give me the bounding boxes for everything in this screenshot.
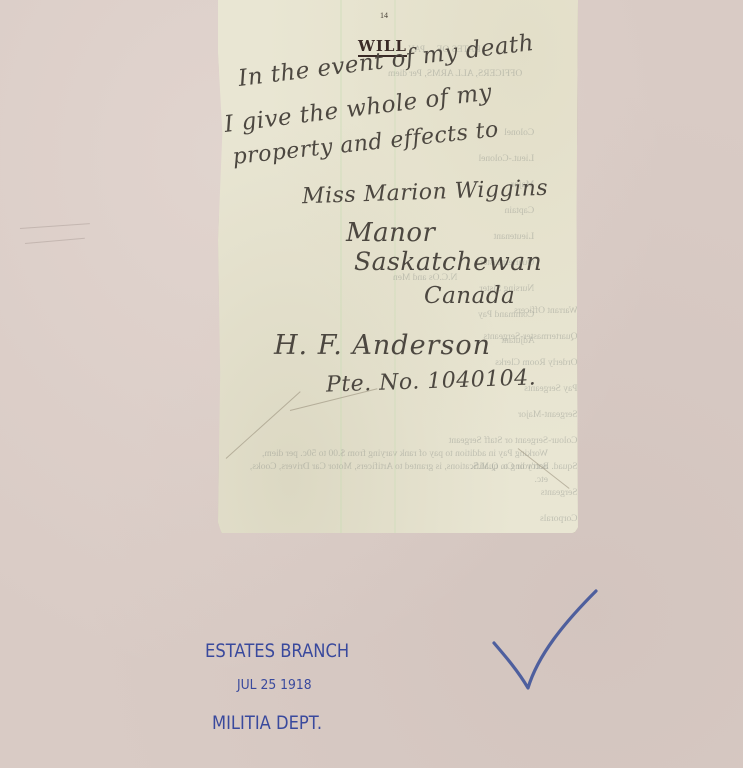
bleed-rank: Warrant Officers bbox=[514, 306, 578, 316]
bleed-rank: Colonel bbox=[504, 128, 534, 138]
address-country: Canada bbox=[424, 283, 515, 309]
bleed-rank: Captain bbox=[505, 206, 535, 216]
page-number: 14 bbox=[380, 11, 388, 20]
bleed-rank: Lieut.-Colonel bbox=[479, 154, 535, 164]
signature: H. F. Anderson bbox=[274, 330, 491, 361]
bleed-rank: Sergeants bbox=[541, 488, 578, 498]
bleed-rank: Lieutenant bbox=[494, 232, 535, 242]
bleed-rank: Sergeant-Major bbox=[518, 410, 577, 420]
stamp-branch: ESTATES BRANCH bbox=[205, 640, 349, 662]
address-province: Saskatchewan bbox=[354, 247, 542, 276]
check-mark-icon bbox=[486, 585, 606, 695]
will-form-paper: 14 WILL RATES OF ... PAY OFFICERS, ALL A… bbox=[218, 0, 578, 533]
bleed-rank: Corporals bbox=[540, 514, 577, 524]
stamp-department: MILITIA DEPT. bbox=[212, 712, 322, 734]
bleed-rank: Colour-Sergeant or Staff Sergeant bbox=[449, 436, 578, 446]
bleed-rank: Quartermaster-Sergeants bbox=[483, 332, 577, 342]
bleed-through-footnote: Working Pay in addition to pay of rank v… bbox=[248, 448, 548, 487]
address-town: Manor bbox=[346, 218, 435, 248]
scratch-mark bbox=[25, 238, 85, 244]
scratch-mark bbox=[20, 223, 90, 229]
stamp-date: JUL 25 1918 bbox=[237, 678, 312, 693]
